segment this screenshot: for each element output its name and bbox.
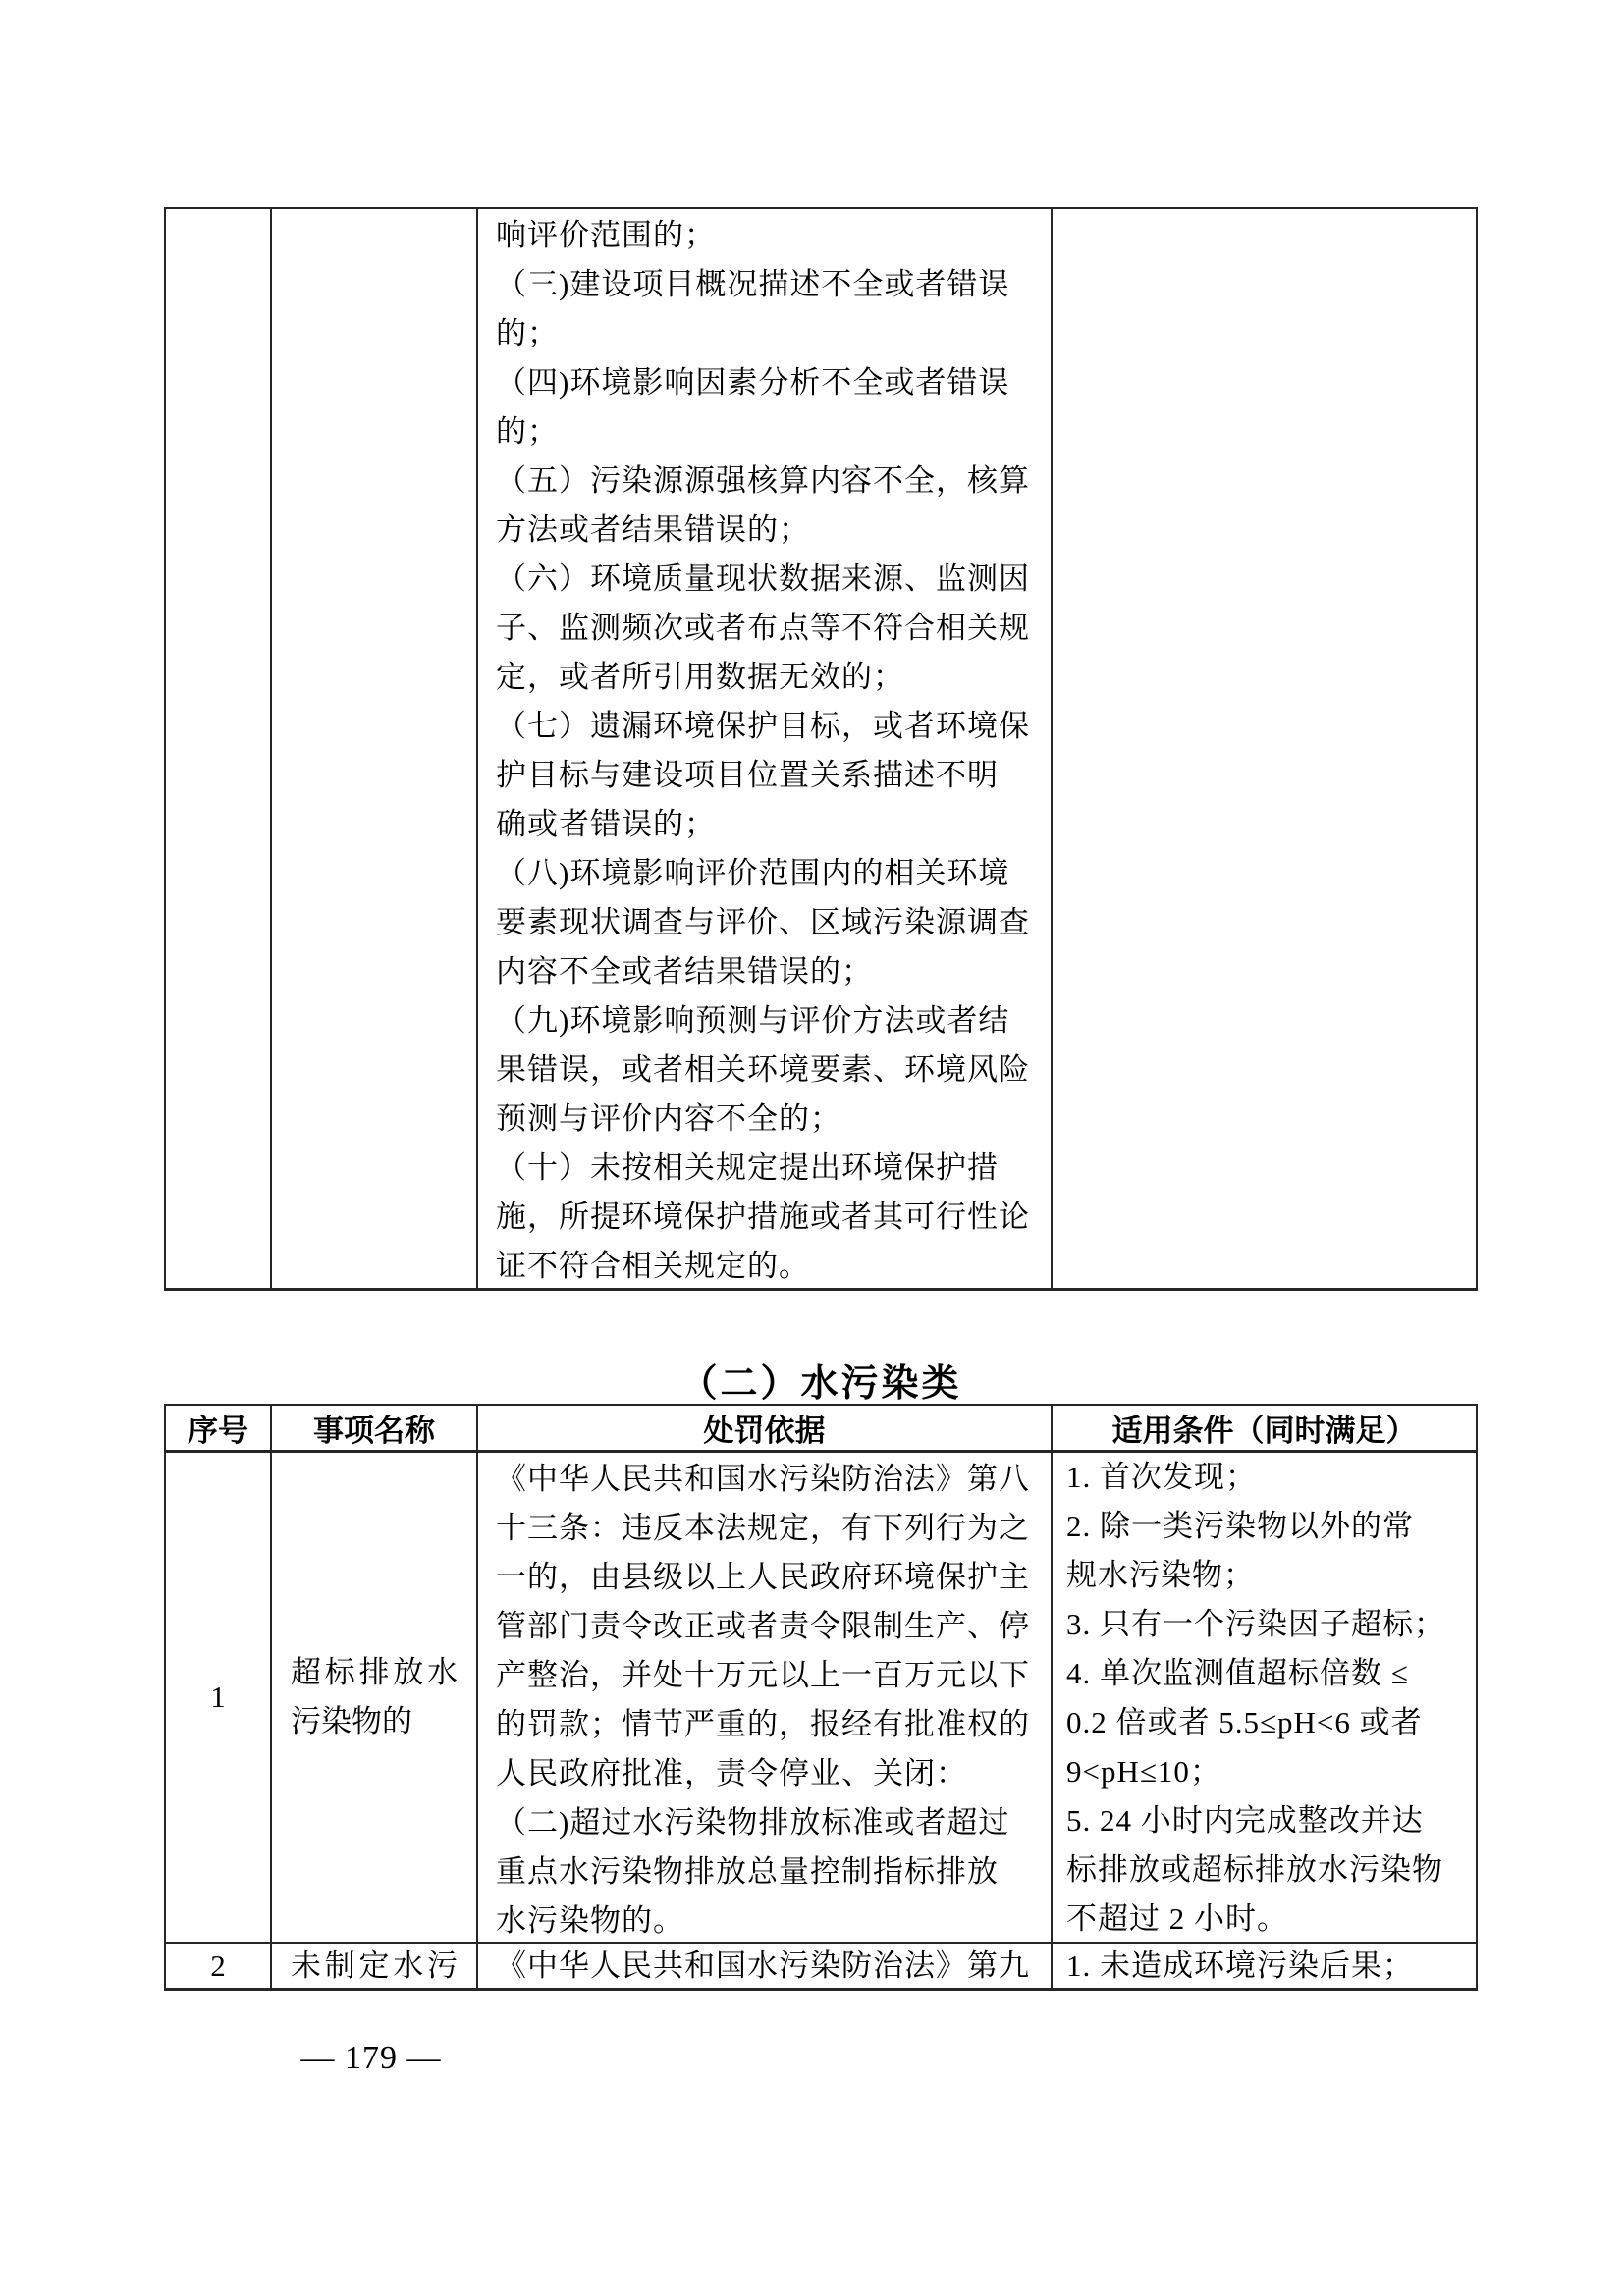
text-line: 重点水污染物排放总量控制指标排放: [496, 1847, 1041, 1896]
row1-penalty-basis: 《中华人民共和国水污染防治法》第八十三条：违反本法规定，有下列行为之一的，由县级…: [478, 1453, 1053, 1942]
text-line: （四)环境影响因素分析不全或者错误: [496, 358, 1041, 407]
row2-seq: 2: [166, 1944, 272, 1988]
text-line: 《中华人民共和国水污染防治法》第八: [496, 1455, 1041, 1504]
row1-item-name: 超标排放水污染物的: [272, 1453, 478, 1942]
text-line: 内容不全或者结果错误的；: [496, 947, 1041, 996]
text-line: （九)环境影响预测与评价方法或者结: [496, 996, 1041, 1045]
text-line: 的；: [496, 407, 1041, 456]
text-line: 0.2 倍或者 5.5≤pH<6 或者: [1066, 1698, 1466, 1747]
text-line: （十）未按相关规定提出环境保护措: [496, 1144, 1041, 1193]
table-row: 1 超标排放水污染物的 《中华人民共和国水污染防治法》第八十三条：违反本法规定，…: [166, 1453, 1476, 1944]
text-line: 标排放或超标排放水污染物: [1066, 1845, 1466, 1895]
text-line: （六）环境质量现状数据来源、监测因: [496, 555, 1041, 604]
header-penalty-basis: 处罚依据: [478, 1406, 1053, 1450]
text-line: 4. 单次监测值超标倍数 ≤: [1066, 1649, 1466, 1698]
text-line: 未制定水污: [291, 1944, 458, 1988]
row2-penalty-basis: 《中华人民共和国水污染防治法》第九: [478, 1944, 1053, 1988]
text-line: 方法或者结果错误的；: [496, 506, 1041, 555]
text-line: （二)超过水污染物排放标准或者超过: [496, 1798, 1041, 1847]
continuation-table: 响评价范围的；（三)建设项目概况描述不全或者错误的；（四)环境影响因素分析不全或…: [164, 207, 1478, 1291]
text-line: 污染物的: [291, 1697, 458, 1746]
text-line: 人民政府批准，责令停业、关闭：: [496, 1749, 1041, 1798]
text-line: 子、监测频次或者布点等不符合相关规: [496, 604, 1041, 653]
table-row: 2 未制定水污 《中华人民共和国水污染防治法》第九 1. 未造成环境污染后果；: [166, 1944, 1476, 1991]
document-page: 响评价范围的；（三)建设项目概况描述不全或者错误的；（四)环境影响因素分析不全或…: [0, 0, 1624, 2296]
text-line: 不超过 2 小时。: [1066, 1895, 1466, 1944]
text-line: 要素现状调查与评价、区域污染源调查: [496, 898, 1041, 947]
header-item-name: 事项名称: [272, 1406, 478, 1450]
text-line: 响评价范围的；: [496, 211, 1041, 260]
text-line: 的；: [496, 309, 1041, 358]
text-line: 定，或者所引用数据无效的；: [496, 653, 1041, 702]
text-line: 1. 未造成环境污染后果；: [1066, 1944, 1414, 1988]
text-line: 规水污染物；: [1066, 1551, 1466, 1600]
continuation-seq-cell: [166, 209, 272, 1288]
text-line: 5. 24 小时内完成整改并达: [1066, 1796, 1466, 1845]
row1-conditions: 1. 首次发现；2. 除一类污染物以外的常规水污染物；3. 只有一个污染因子超标…: [1053, 1453, 1476, 1942]
text-line: 果错误，或者相关环境要素、环境风险: [496, 1045, 1041, 1095]
text-line: 2. 除一类污染物以外的常: [1066, 1502, 1466, 1551]
text-line: 预测与评价内容不全的；: [496, 1095, 1041, 1144]
text-line: 超标排放水: [291, 1648, 458, 1697]
text-line: 9<pH≤10；: [1066, 1747, 1466, 1796]
text-line: 管部门责令改正或者责令限制生产、停: [496, 1602, 1041, 1651]
water-pollution-table: 序号 事项名称 处罚依据 适用条件（同时满足） 1 超标排放水污染物的 《中华人…: [164, 1404, 1478, 1991]
text-line: 证不符合相关规定的。: [496, 1242, 1041, 1291]
text-line: 护目标与建设项目位置关系描述不明: [496, 751, 1041, 800]
row2-conditions: 1. 未造成环境污染后果；: [1053, 1944, 1476, 1988]
row2-item-name: 未制定水污: [272, 1944, 478, 1988]
text-line: 3. 只有一个污染因子超标；: [1066, 1600, 1466, 1649]
table-header-row: 序号 事项名称 处罚依据 适用条件（同时满足）: [166, 1406, 1476, 1453]
header-conditions: 适用条件（同时满足）: [1053, 1406, 1476, 1450]
header-seq: 序号: [166, 1406, 272, 1450]
text-line: 确或者错误的；: [496, 800, 1041, 849]
continuation-conditions-cell: [1053, 209, 1476, 1288]
text-line: 1. 首次发现；: [1066, 1453, 1466, 1502]
continuation-item-name-cell: [272, 209, 478, 1288]
text-line: （七）遗漏环境保护目标，或者环境保: [496, 702, 1041, 751]
text-line: （八)环境影响评价范围内的相关环境: [496, 849, 1041, 898]
text-line: （三)建设项目概况描述不全或者错误: [496, 260, 1041, 309]
text-line: 产整治，并处十万元以上一百万元以下: [496, 1651, 1041, 1700]
text-line: （五）污染源源强核算内容不全，核算: [496, 456, 1041, 506]
row1-seq: 1: [166, 1453, 272, 1942]
text-line: 《中华人民共和国水污染防治法》第九: [496, 1944, 1030, 1988]
continuation-penalty-basis-cell: 响评价范围的；（三)建设项目概况描述不全或者错误的；（四)环境影响因素分析不全或…: [478, 209, 1053, 1288]
text-line: 的罚款；情节严重的，报经有批准权的: [496, 1700, 1041, 1749]
text-line: 一的，由县级以上人民政府环境保护主: [496, 1553, 1041, 1602]
section-heading: （二）水污染类: [164, 1353, 1478, 1407]
text-line: 施，所提环境保护措施或者其可行性论: [496, 1193, 1041, 1242]
text-line: 十三条：违反本法规定，有下列行为之: [496, 1504, 1041, 1553]
page-number: — 179 —: [234, 2040, 509, 2077]
text-line: 水污染物的。: [496, 1896, 1041, 1946]
